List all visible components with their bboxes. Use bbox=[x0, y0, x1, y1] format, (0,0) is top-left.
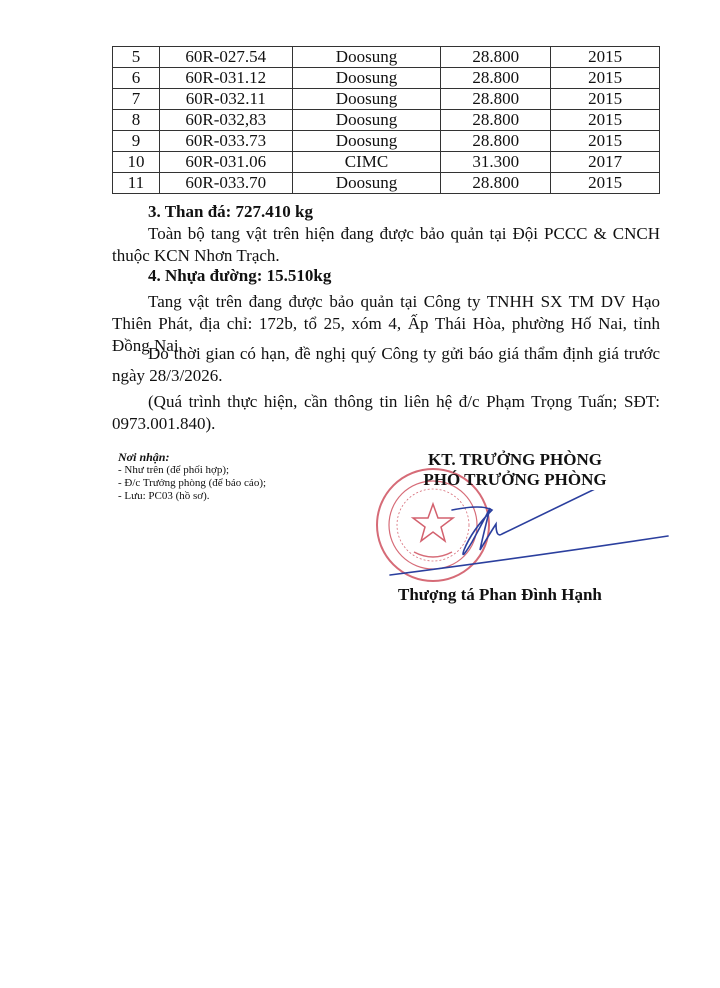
year-cell: 2015 bbox=[551, 68, 660, 89]
weight-cell: 28.800 bbox=[441, 131, 551, 152]
signature-title-1: KT. TRƯỞNG PHÒNG bbox=[380, 450, 650, 470]
recipients-block: Nơi nhận: - Như trên (để phối hợp); - Đ/… bbox=[118, 451, 266, 503]
request-text: Do thời gian có hạn, đề nghị quý Công ty… bbox=[112, 343, 660, 387]
year-cell: 2015 bbox=[551, 110, 660, 131]
row-number-cell: 9 bbox=[113, 131, 160, 152]
document-page: 560R-027.54Doosung28.8002015660R-031.12D… bbox=[0, 0, 720, 988]
year-cell: 2015 bbox=[551, 173, 660, 194]
weight-cell: 28.800 bbox=[441, 47, 551, 68]
plate-number-cell: 60R-031.06 bbox=[159, 152, 292, 173]
manufacturer-cell: Doosung bbox=[292, 110, 441, 131]
year-cell: 2015 bbox=[551, 89, 660, 110]
row-number-cell: 11 bbox=[113, 173, 160, 194]
table-row: 660R-031.12Doosung28.8002015 bbox=[113, 68, 660, 89]
weight-cell: 28.800 bbox=[441, 89, 551, 110]
manufacturer-cell: Doosung bbox=[292, 68, 441, 89]
year-cell: 2015 bbox=[551, 131, 660, 152]
weight-cell: 28.800 bbox=[441, 173, 551, 194]
plate-number-cell: 60R-033.70 bbox=[159, 173, 292, 194]
recipient-item: - Như trên (để phối hợp); bbox=[118, 464, 266, 477]
weight-cell: 31.300 bbox=[441, 152, 551, 173]
manufacturer-cell: Doosung bbox=[292, 173, 441, 194]
plate-number-cell: 60R-027.54 bbox=[159, 47, 292, 68]
manufacturer-cell: Doosung bbox=[292, 89, 441, 110]
recipients-title: Nơi nhận: bbox=[118, 451, 266, 464]
plate-number-cell: 60R-032.11 bbox=[159, 89, 292, 110]
row-number-cell: 8 bbox=[113, 110, 160, 131]
section-3-text: Toàn bộ tang vật trên hiện đang được bảo… bbox=[112, 223, 660, 267]
table-row: 860R-032,83Doosung28.8002015 bbox=[113, 110, 660, 131]
table-row: 560R-027.54Doosung28.8002015 bbox=[113, 47, 660, 68]
manufacturer-cell: Doosung bbox=[292, 131, 441, 152]
signature-title-2: PHÓ TRƯỞNG PHÒNG bbox=[380, 470, 650, 490]
section-4-heading: 4. Nhựa đường: 15.510kg bbox=[148, 266, 331, 286]
manufacturer-cell: Doosung bbox=[292, 47, 441, 68]
recipient-item: - Lưu: PC03 (hồ sơ). bbox=[118, 490, 266, 503]
year-cell: 2015 bbox=[551, 47, 660, 68]
manufacturer-cell: CIMC bbox=[292, 152, 441, 173]
signer-name: Thượng tá Phan Đình Hạnh bbox=[398, 585, 602, 605]
row-number-cell: 6 bbox=[113, 68, 160, 89]
weight-cell: 28.800 bbox=[441, 68, 551, 89]
table-row: 1060R-031.06CIMC31.3002017 bbox=[113, 152, 660, 173]
weight-cell: 28.800 bbox=[441, 110, 551, 131]
table-row: 760R-032.11Doosung28.8002015 bbox=[113, 89, 660, 110]
table-row: 1160R-033.70Doosung28.8002015 bbox=[113, 173, 660, 194]
vehicle-table: 560R-027.54Doosung28.8002015660R-031.12D… bbox=[112, 46, 660, 194]
plate-number-cell: 60R-033.73 bbox=[159, 131, 292, 152]
recipient-item: - Đ/c Trưởng phòng (để báo cáo); bbox=[118, 477, 266, 490]
handwritten-signature-icon bbox=[372, 490, 672, 590]
row-number-cell: 10 bbox=[113, 152, 160, 173]
contact-text: (Quá trình thực hiện, cần thông tin liên… bbox=[112, 391, 660, 435]
row-number-cell: 5 bbox=[113, 47, 160, 68]
table-row: 960R-033.73Doosung28.8002015 bbox=[113, 131, 660, 152]
section-3-heading: 3. Than đá: 727.410 kg bbox=[148, 202, 313, 222]
year-cell: 2017 bbox=[551, 152, 660, 173]
plate-number-cell: 60R-031.12 bbox=[159, 68, 292, 89]
row-number-cell: 7 bbox=[113, 89, 160, 110]
plate-number-cell: 60R-032,83 bbox=[159, 110, 292, 131]
